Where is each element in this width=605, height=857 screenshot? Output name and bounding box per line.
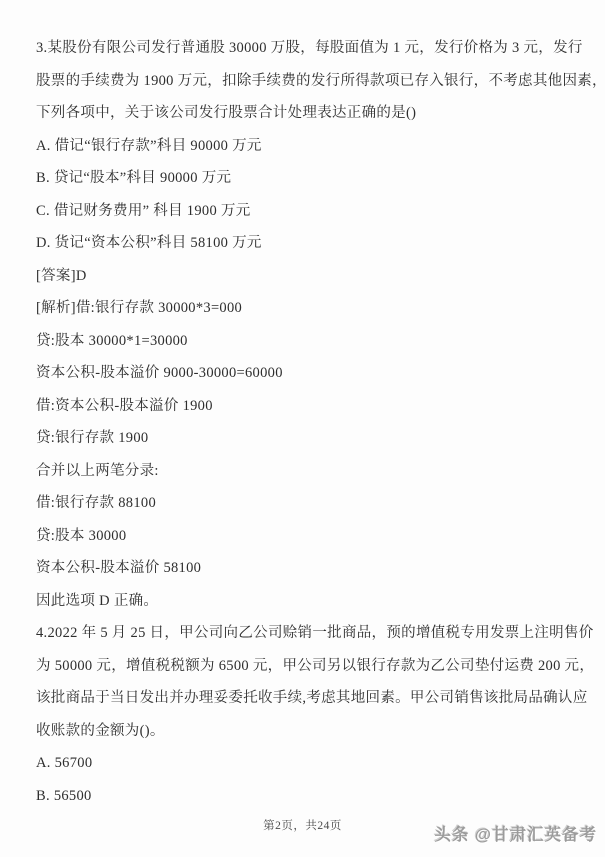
q3-stem-line-3: 下列各项中，关于该公司发行股票合计处理表达正确的是(): [36, 103, 575, 123]
q3-analysis-line-8: 贷:股本 30000: [36, 526, 575, 546]
q4-option-a: A. 56700: [36, 753, 575, 773]
q3-stem-line-2: 股票的手续费为 1900 万元，扣除手续费的发行所得款项已存入银行，不考虑其他因…: [36, 71, 575, 91]
q3-analysis-line-7: 借:银行存款 88100: [36, 493, 575, 513]
q4-option-b: B. 56500: [36, 786, 575, 806]
document-content: 3.某股份有限公司发行普通股 30000 万股，每股面值为 1 元，发行价格为 …: [36, 38, 575, 818]
q3-answer: [答案]D: [36, 266, 575, 286]
q3-analysis-conclusion: 因此选项 D 正确。: [36, 591, 575, 611]
q3-option-a: A. 借记“银行存款”科目 90000 万元: [36, 136, 575, 156]
q3-analysis-line-5: 贷:银行存款 1900: [36, 428, 575, 448]
q4-stem-line-4: 收账款的金额为()。: [36, 721, 575, 741]
q4-stem-line-1: 4.2022 年 5 月 25 日，甲公司向乙公司赊销一批商品，预的增值税专用发…: [36, 623, 575, 643]
q3-analysis-line-4: 借:资本公积-股本溢价 1900: [36, 396, 575, 416]
q3-analysis-line-6: 合并以上两笔分录:: [36, 461, 575, 481]
q3-option-c: C. 借记财务费用” 科目 1900 万元: [36, 201, 575, 221]
q4-stem-line-2: 为 50000 元，增值税税额为 6500 元，甲公司另以银行存款为乙公司垫付运…: [36, 656, 575, 676]
toutiao-watermark: 头条 @甘肃汇英备考: [434, 821, 597, 845]
q3-option-d: D. 货记“资本公积”科目 58100 万元: [36, 233, 575, 253]
q3-stem-line-1: 3.某股份有限公司发行普通股 30000 万股，每股面值为 1 元，发行价格为 …: [36, 38, 575, 58]
q3-analysis-line-3: 资本公积-股本溢价 9000-30000=60000: [36, 363, 575, 383]
q4-stem-line-3: 该批商品于当日发出并办理妥委托收手续,考虑其地回素。甲公司销售该批局品确认应: [36, 688, 575, 708]
q3-option-b: B. 贷记“股本”科目 90000 万元: [36, 168, 575, 188]
q3-analysis-line-9: 资本公积-股本溢价 58100: [36, 558, 575, 578]
q3-analysis-line-2: 贷:股本 30000*1=30000: [36, 331, 575, 351]
exam-document-page: 3.某股份有限公司发行普通股 30000 万股，每股面值为 1 元，发行价格为 …: [0, 0, 605, 857]
q3-analysis-line-1: [解析]借:银行存款 30000*3=000: [36, 298, 575, 318]
